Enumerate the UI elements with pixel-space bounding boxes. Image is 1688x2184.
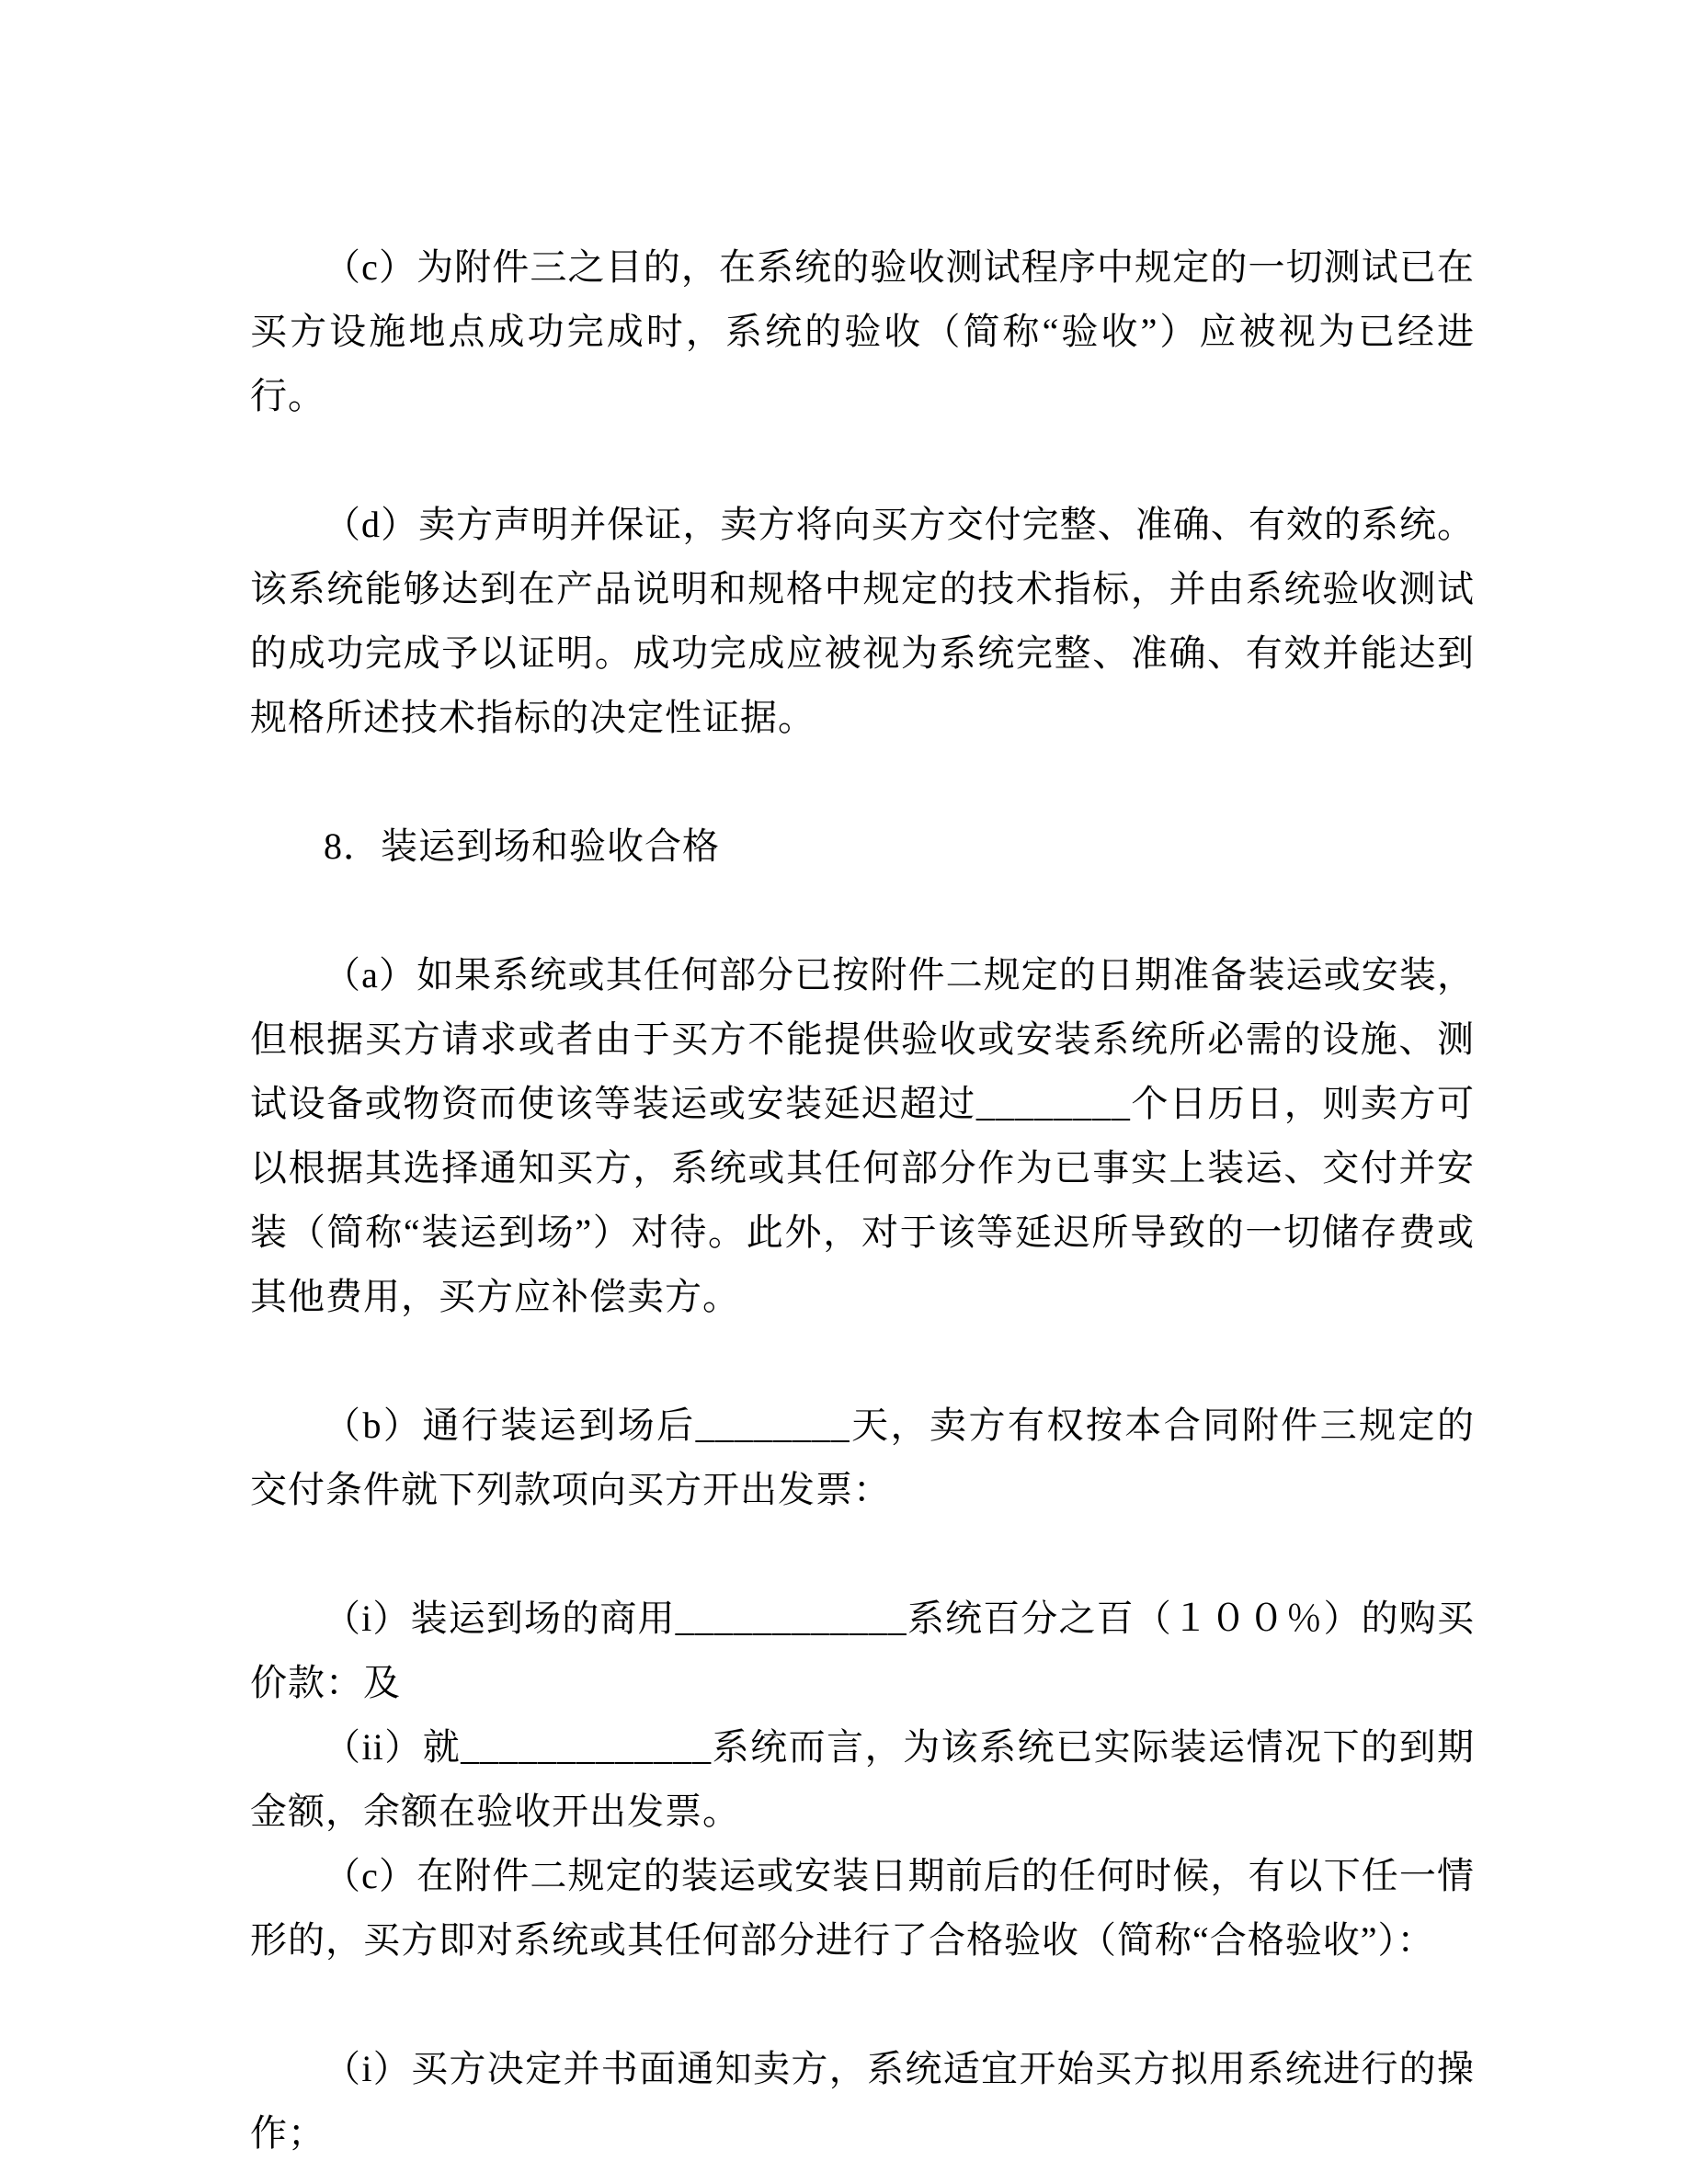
paragraph-clause-c-qualified-acceptance: （c）在附件二规定的装运或安装日期前后的任何时候，有以下任一情形的，买方即对系统… xyxy=(250,1844,1475,1973)
document-page: （c）为附件三之目的，在系统的验收测试程序中规定的一切测试已在买方设施地点成功完… xyxy=(0,0,1688,2184)
section-heading-shipment-and-acceptance: 8．装运到场和验收合格 xyxy=(250,814,1475,879)
paragraph-clause-i-commercial-system-price: （i）装运到场的商用____________系统百分之百（１００％）的购买价款：… xyxy=(250,1587,1475,1715)
paragraph-clause-c-acceptance-deemed: （c）为附件三之目的，在系统的验收测试程序中规定的一切测试已在买方设施地点成功完… xyxy=(250,235,1475,428)
paragraph-clause-d-seller-warranty: （d）卖方声明并保证，卖方将向买方交付完整、准确、有效的系统。该系统能够达到在产… xyxy=(250,493,1475,750)
paragraph-clause-b-invoice-right: （b）通行装运到场后________天，卖方有权按本合同附件三规定的交付条件就下… xyxy=(250,1393,1475,1522)
paragraph-clause-i-buyer-written-notice: （i）买方决定并书面通知卖方，系统适宜开始买方拟用系统进行的操作； xyxy=(250,2037,1475,2166)
paragraph-clause-ii-amount-due: （ii）就_____________系统而言，为该系统已实际装运情况下的到期金额… xyxy=(250,1715,1475,1844)
paragraph-clause-a-shipment-delay: （a）如果系统或其任何部分已按附件二规定的日期准备装运或安装，但根据买方请求或者… xyxy=(250,943,1475,1329)
